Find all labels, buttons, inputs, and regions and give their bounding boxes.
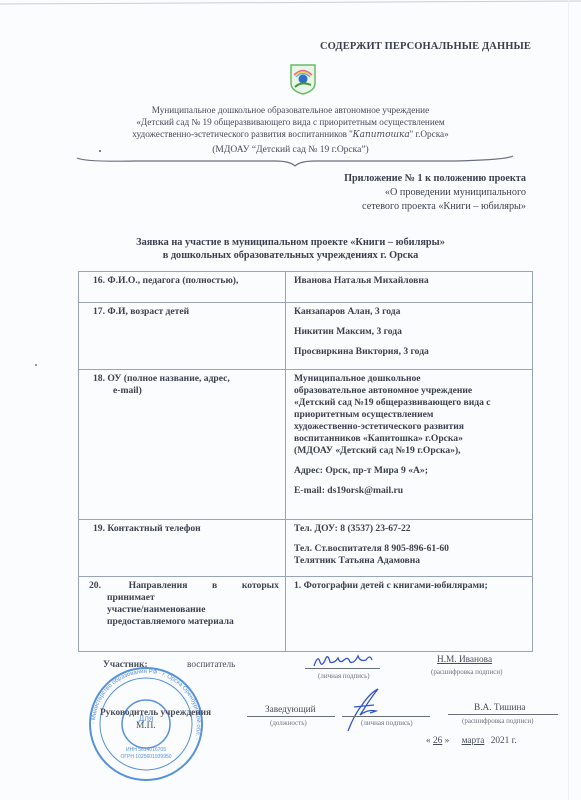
- contact-phones: Тел. ДОУ: 8 (3537) 23-67-22 Тел. Ст.восп…: [286, 520, 533, 577]
- child-entry: Канзапаров Алан, 3 года: [294, 306, 526, 318]
- signing-date: « 26 » марта 2021 г.: [426, 736, 517, 746]
- scan-speck: [35, 364, 37, 366]
- appendix-line-3: сетевого проекта «Книги – юбиляры»: [344, 200, 526, 214]
- organization-header: Муниципальное дошкольное образовательное…: [0, 104, 581, 141]
- title-line-1: Заявка на участие в муниципальном проект…: [0, 236, 581, 249]
- svg-text:ИНН 5614016705: ИНН 5614016705: [126, 747, 166, 753]
- date-month: марта: [452, 736, 489, 746]
- document-page: СОДЕРЖИТ ПЕРСОНАЛЬНЫЕ ДАННЫЕ Муниципальн…: [0, 0, 581, 800]
- signature-caption: (личная подпись): [318, 672, 370, 680]
- appendix-line-2: «О проведении муниципального: [344, 186, 526, 200]
- field-label: 20.Направлениявкоторых принимает участие…: [79, 577, 286, 652]
- org-line-3: художественно-эстетического развития вос…: [0, 128, 581, 141]
- application-form-table: 16. Ф.И.О., педагога (полностью), Иванов…: [78, 271, 533, 652]
- org-nickname: Капитошка: [353, 130, 410, 140]
- name-caption: (расшифровка подписи): [431, 668, 502, 676]
- field-label: 19. Контактный телефон: [79, 520, 286, 577]
- head-position: Заведующий: [265, 705, 316, 715]
- svg-text:ОГРН 1025601939950: ОГРН 1025601939950: [120, 754, 171, 760]
- confidential-notice: СОДЕРЖИТ ПЕРСОНАЛЬНЫЕ ДАННЫЕ: [320, 41, 531, 52]
- table-row: 16. Ф.И.О., педагога (полностью), Иванов…: [79, 272, 533, 303]
- position-line: [247, 716, 335, 717]
- teacher-name-value: Иванова Наталья Михайловна: [286, 272, 533, 303]
- table-row: 20.Направлениявкоторых принимает участие…: [79, 577, 533, 652]
- table-row: 18. ОУ (полное название, адрес, e-mail) …: [79, 370, 533, 520]
- application-title: Заявка на участие в муниципальном проект…: [0, 236, 581, 262]
- signature-line: [305, 668, 380, 669]
- title-line-2: в дошкольных образовательных учреждениях…: [0, 249, 581, 262]
- header-brace-divider: [75, 155, 515, 167]
- address-value: Адрес: Орск, пр-т Мира 9 «А»;: [294, 465, 526, 477]
- head-label: Руководитель учреждения: [100, 708, 211, 718]
- participant-signature-icon: [310, 650, 380, 670]
- head-signature-icon: [340, 685, 390, 735]
- name-caption: (расшифровка подписи): [462, 717, 533, 725]
- kindergarten-emblem-icon: [289, 63, 317, 95]
- date-day: 26: [433, 736, 442, 746]
- org-short-name: (МДОАУ “Детский сад № 19 г.Орска”): [0, 145, 581, 155]
- signature-line: [342, 716, 430, 717]
- head-name: В.А. Тишина: [474, 703, 526, 713]
- materials-list: 1. Фотографии детей с книгами-юбилярами;: [286, 577, 533, 652]
- field-label: 17. Ф.И, возраст детей: [79, 303, 286, 370]
- email-value: E-mail: ds19orsk@mail.ru: [294, 485, 526, 497]
- signature-caption: (личная подпись): [361, 719, 413, 727]
- field-label: 16. Ф.И.О., педагога (полностью),: [79, 272, 286, 303]
- name-line: [448, 714, 558, 715]
- page-edge-line: [0, 0, 581, 4]
- appendix-line-1: Приложение № 1 к положению проекта: [344, 172, 526, 186]
- date-year: 2021 г.: [491, 736, 517, 746]
- phone-dou: Тел. ДОУ: 8 (3537) 23-67-22: [294, 523, 526, 535]
- organization-details: Муниципальное дошкольное образовательное…: [286, 370, 533, 520]
- position-caption: (должность): [270, 719, 307, 727]
- org-line-1: Муниципальное дошкольное образовательное…: [0, 104, 581, 116]
- children-list: Канзапаров Алан, 3 года Никитин Максим, …: [286, 303, 533, 370]
- child-entry: Никитин Максим, 3 года: [294, 326, 526, 338]
- org-line-2: «Детский сад № 19 общеразвивающего вида …: [0, 116, 581, 128]
- seal-placeholder: М.П.: [136, 721, 156, 731]
- child-entry: Просвиркина Виктория, 3 года: [294, 346, 526, 358]
- phone-senior-teacher: Тел. Ст.воспитателя 8 905-896-61-60: [294, 543, 526, 555]
- table-row: 17. Ф.И, возраст детей Канзапаров Алан, …: [79, 303, 533, 370]
- field-label: 18. ОУ (полное название, адрес, e-mail): [79, 370, 286, 520]
- participant-name: Н.М. Иванова: [437, 655, 492, 665]
- appendix-reference: Приложение № 1 к положению проекта «О пр…: [344, 172, 526, 214]
- senior-teacher-name: Телятник Татьяна Адамовна: [294, 555, 526, 567]
- table-row: 19. Контактный телефон Тел. ДОУ: 8 (3537…: [79, 520, 533, 577]
